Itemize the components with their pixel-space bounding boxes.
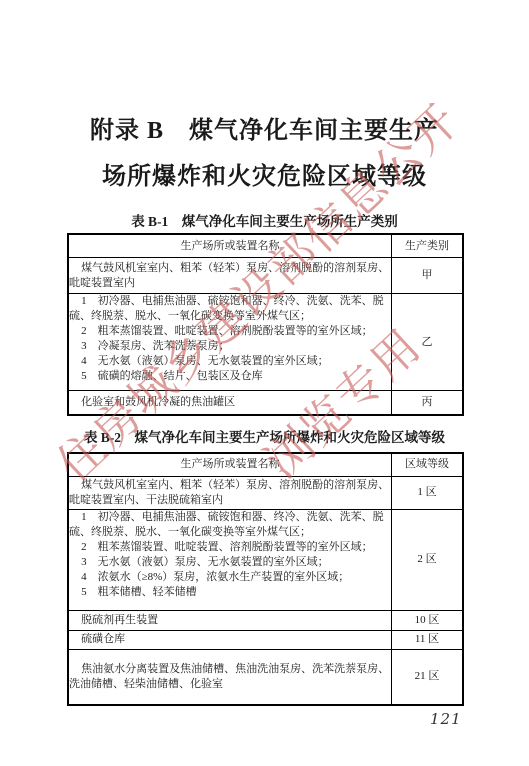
table-b2-header-name: 生产场所或装置名称 — [68, 453, 392, 477]
table-b2-header-grade: 区域等级 — [392, 453, 464, 477]
table-b2: 生产场所或装置名称 区域等级 煤气鼓风机室室内、粗苯（轻苯）泵房、溶剂脱酚的溶剂… — [67, 452, 464, 707]
table-row: 1 初冷器、电捕焦油器、硫铵饱和器、终冷、洗氨、洗苯、脱硫、终脱萘、脱水、一氧化… — [68, 509, 463, 610]
table-b2-row3-name-cell: 脱硫剂再生装置 — [68, 610, 392, 630]
table-b2-row5-name-cell: 焦油氨水分离装置及焦油储槽、焦油洗油泵房、洗苯洗萘泵房、洗油储槽、轻柴油储槽、化… — [68, 649, 392, 705]
table-b2-row5-grade-cell: 21 区 — [392, 649, 464, 705]
table-b1-header-name: 生产场所或装置名称 — [68, 234, 392, 258]
table-b1-row3-category-cell: 丙 — [392, 391, 464, 415]
table-row: 化验室和鼓风机冷凝的焦油罐区 丙 — [68, 391, 463, 415]
table-b1-row2-category-cell: 乙 — [392, 294, 464, 391]
table-b1-row1-name-cell: 煤气鼓风机室室内、粗苯（轻苯）泵房、溶剂脱酚的溶剂泵房、吡啶装置室内 — [68, 258, 392, 294]
table-b1-row1-category-cell: 甲 — [392, 258, 464, 294]
page-number: 121 — [430, 710, 462, 728]
table-b2-row3-grade-cell: 10 区 — [392, 610, 464, 630]
table-row: 煤气鼓风机室室内、粗苯（轻苯）泵房、溶剂脱酚的溶剂泵房、吡啶装置室内 甲 — [68, 258, 463, 294]
table-b1: 生产场所或装置名称 生产类别 煤气鼓风机室室内、粗苯（轻苯）泵房、溶剂脱酚的溶剂… — [67, 233, 464, 416]
table-row: 脱硫剂再生装置 10 区 — [68, 610, 463, 630]
appendix-title-line2: 场所爆炸和火灾危险区域等级 — [0, 160, 529, 194]
table-b1-row3-name-cell: 化验室和鼓风机冷凝的焦油罐区 — [68, 391, 392, 415]
table-row: 焦油氨水分离装置及焦油储槽、焦油洗油泵房、洗苯洗萘泵房、洗油储槽、轻柴油储槽、化… — [68, 649, 463, 705]
table-b1-header-row: 生产场所或装置名称 生产类别 — [68, 234, 463, 258]
table-b1-caption: 表 B-1 煤气净化车间主要生产场所生产类别 — [0, 213, 529, 230]
table-b2-row4-name-cell: 硫磺仓库 — [68, 630, 392, 649]
table-row: 硫磺仓库 11 区 — [68, 630, 463, 649]
table-b2-row2-grade-cell: 2 区 — [392, 509, 464, 610]
appendix-title-line1: 附录 B 煤气净化车间主要生产 — [0, 0, 529, 148]
table-b2-row1-name-cell: 煤气鼓风机室室内、粗苯（轻苯）泵房、溶剂脱酚的溶剂泵房、吡啶装置室内、干法脱硫箱… — [68, 476, 392, 509]
table-b2-row1-grade-cell: 1 区 — [392, 476, 464, 509]
table-b2-header-row: 生产场所或装置名称 区域等级 — [68, 453, 463, 477]
table-b2-row4-grade-cell: 11 区 — [392, 630, 464, 649]
table-b1-row2-name-cell: 1 初冷器、电捕焦油器、硫铵饱和器、终冷、洗氨、洗苯、脱硫、终脱萘、脱水、一氧化… — [68, 294, 392, 391]
document-page: 住房城乡建设部信息公开 浏览专用 附录 B 煤气净化车间主要生产 场所爆炸和火灾… — [0, 0, 529, 766]
table-b1-header-category: 生产类别 — [392, 234, 464, 258]
table-row: 1 初冷器、电捕焦油器、硫铵饱和器、终冷、洗氨、洗苯、脱硫、终脱萘、脱水、一氧化… — [68, 294, 463, 391]
table-b2-row2-name-cell: 1 初冷器、电捕焦油器、硫铵饱和器、终冷、洗氨、洗苯、脱硫、终脱萘、脱水、一氧化… — [68, 509, 392, 610]
table-row: 煤气鼓风机室室内、粗苯（轻苯）泵房、溶剂脱酚的溶剂泵房、吡啶装置室内、干法脱硫箱… — [68, 476, 463, 509]
table-b2-caption: 表 B-2 煤气净化车间主要生产场所爆炸和火灾危险区域等级 — [0, 429, 529, 446]
